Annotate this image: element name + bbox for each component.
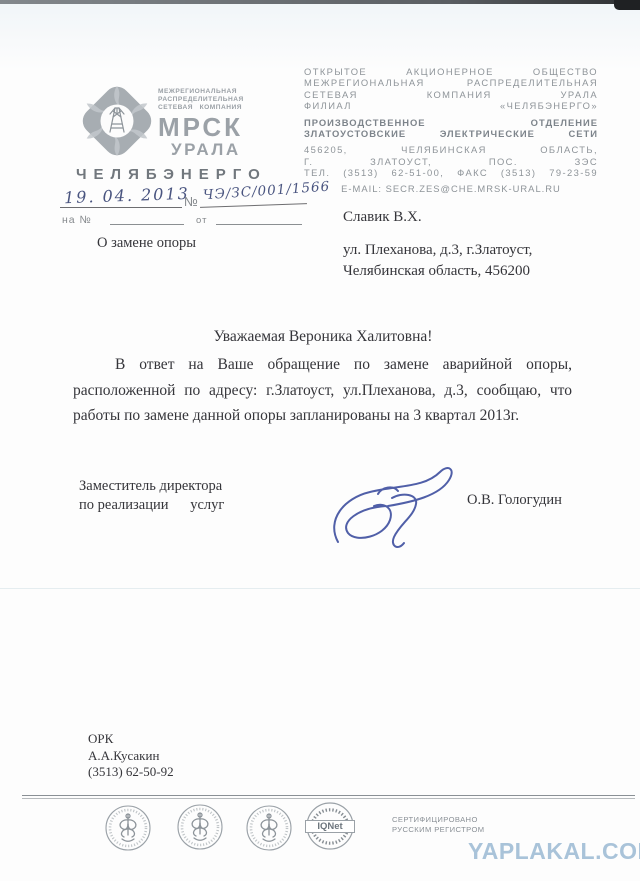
date-handwritten: 19. 04. 2013 (64, 184, 190, 207)
from-rule (216, 224, 302, 225)
certified-line: РУССКИМ РЕГИСТРОМ (392, 825, 485, 835)
company-line: ФИЛИАЛ «ЧЕЛЯБЭНЕРГО» (304, 100, 598, 111)
paper-crease (0, 588, 640, 589)
division-line: ПРОИЗВОДСТВЕННОЕ ОТДЕЛЕНИЕ (304, 117, 598, 128)
executor-phone: (3513) 62-50-92 (88, 764, 174, 781)
division-line: ЗЛАТОУСТОВСКИЕ ЭЛЕКТРИЧЕСКИЕ СЕТИ (304, 128, 598, 139)
certified-text: СЕРТИФИЦИРОВАНО РУССКИМ РЕГИСТРОМ (392, 815, 485, 835)
logo-company-type: МЕЖРЕГИОНАЛЬНАЯ РАСПРЕДЕЛИТЕЛЬНАЯ СЕТЕВА… (158, 88, 258, 112)
mrsk-logo-text: МЕЖРЕГИОНАЛЬНАЯ РАСПРЕДЕЛИТЕЛЬНАЯ СЕТЕВА… (158, 88, 258, 158)
certified-line: СЕРТИФИЦИРОВАНО (392, 815, 485, 825)
on-number-rule (110, 224, 184, 225)
logo-small-line: СЕТЕВАЯ КОМПАНИЯ (158, 104, 242, 112)
russian-register-seal-icon (104, 804, 152, 852)
logo-brand-mrsk: МРСК (158, 114, 258, 140)
scan-edge-corner (614, 0, 640, 10)
signer-name: О.В. Гологудин (467, 492, 562, 509)
date-rule (60, 207, 182, 208)
company-line: ОТКРЫТОЕ АКЦИОНЕРНОЕ ОБЩЕСТВО (304, 66, 598, 77)
mrsk-diamond-icon (74, 78, 160, 164)
salutation: Уважаемая Вероника Халитовна! (73, 328, 573, 346)
logo-small-line: МЕЖРЕГИОНАЛЬНАЯ (158, 88, 242, 96)
number-rule (200, 203, 307, 208)
subject-line: О замене опоры (97, 235, 196, 252)
company-details: ОТКРЫТОЕ АКЦИОНЕРНОЕ ОБЩЕСТВО МЕЖРЕГИОНА… (304, 66, 598, 194)
address-line: 456205, ЧЕЛЯБИНСКАЯ ОБЛАСТЬ, (304, 144, 598, 155)
company-line: МЕЖРЕГИОНАЛЬНАЯ РАСПРЕДЕЛИТЕЛЬНАЯ (304, 77, 598, 88)
logo-small-line: РАСПРЕДЕЛИТЕЛЬНАЯ (158, 96, 242, 104)
on-number-label: на № (62, 214, 92, 226)
signer-title: Заместитель директора по реализации услу… (79, 477, 224, 514)
email-line: E-MAIL: SECR.ZES@CHE.MRSK-URAL.RU (304, 183, 598, 194)
russian-register-seal-icon (176, 803, 224, 851)
iqnet-label: IQNet (305, 820, 355, 833)
addressee-address: Челябинская область, 456200 (343, 261, 532, 282)
scanned-letter: МЕЖРЕГИОНАЛЬНАЯ РАСПРЕДЕЛИТЕЛЬНАЯ СЕТЕВА… (0, 0, 640, 881)
executor-name: А.А.Кусакин (88, 748, 174, 765)
logo-brand-urala: УРАЛА (171, 141, 258, 158)
signer-title-line: Заместитель директора (79, 477, 224, 496)
number-sign: № (184, 194, 198, 209)
iqnet-seal-icon: IQNet (305, 801, 355, 851)
addressee-block: Славик В.Х. ул. Плеханова, д.3, г.Златоу… (343, 209, 532, 282)
signer-title-line: по реализации услуг (79, 496, 224, 515)
branch-name: ЧЕЛЯБЭНЕРГО (76, 166, 267, 183)
addressee-name: Славик В.Х. (343, 209, 532, 226)
address-line: ТЕЛ. (3513) 62-51-00, ФАКС (3513) 79-23-… (304, 167, 598, 178)
executor-dept: ОРК (88, 731, 174, 748)
executor-contact: ОРК А.А.Кусакин (3513) 62-50-92 (88, 731, 174, 781)
body-paragraph: В ответ на Ваше обращение по замене авар… (73, 352, 572, 429)
footer-divider (22, 795, 635, 799)
addressee-address: ул. Плеханова, д.3, г.Златоуст, (343, 240, 532, 261)
address-line: Г. ЗЛАТОУСТ, ПОС. ЗЭС (304, 156, 598, 167)
yaplakal-watermark: YAPLAKAL.COM (468, 838, 640, 865)
scan-edge-top (0, 0, 640, 4)
russian-register-seal-icon (245, 804, 293, 852)
from-label: от (196, 215, 207, 226)
company-line: СЕТЕВАЯ КОМПАНИЯ УРАЛА (304, 89, 598, 100)
signature-icon (326, 458, 468, 558)
